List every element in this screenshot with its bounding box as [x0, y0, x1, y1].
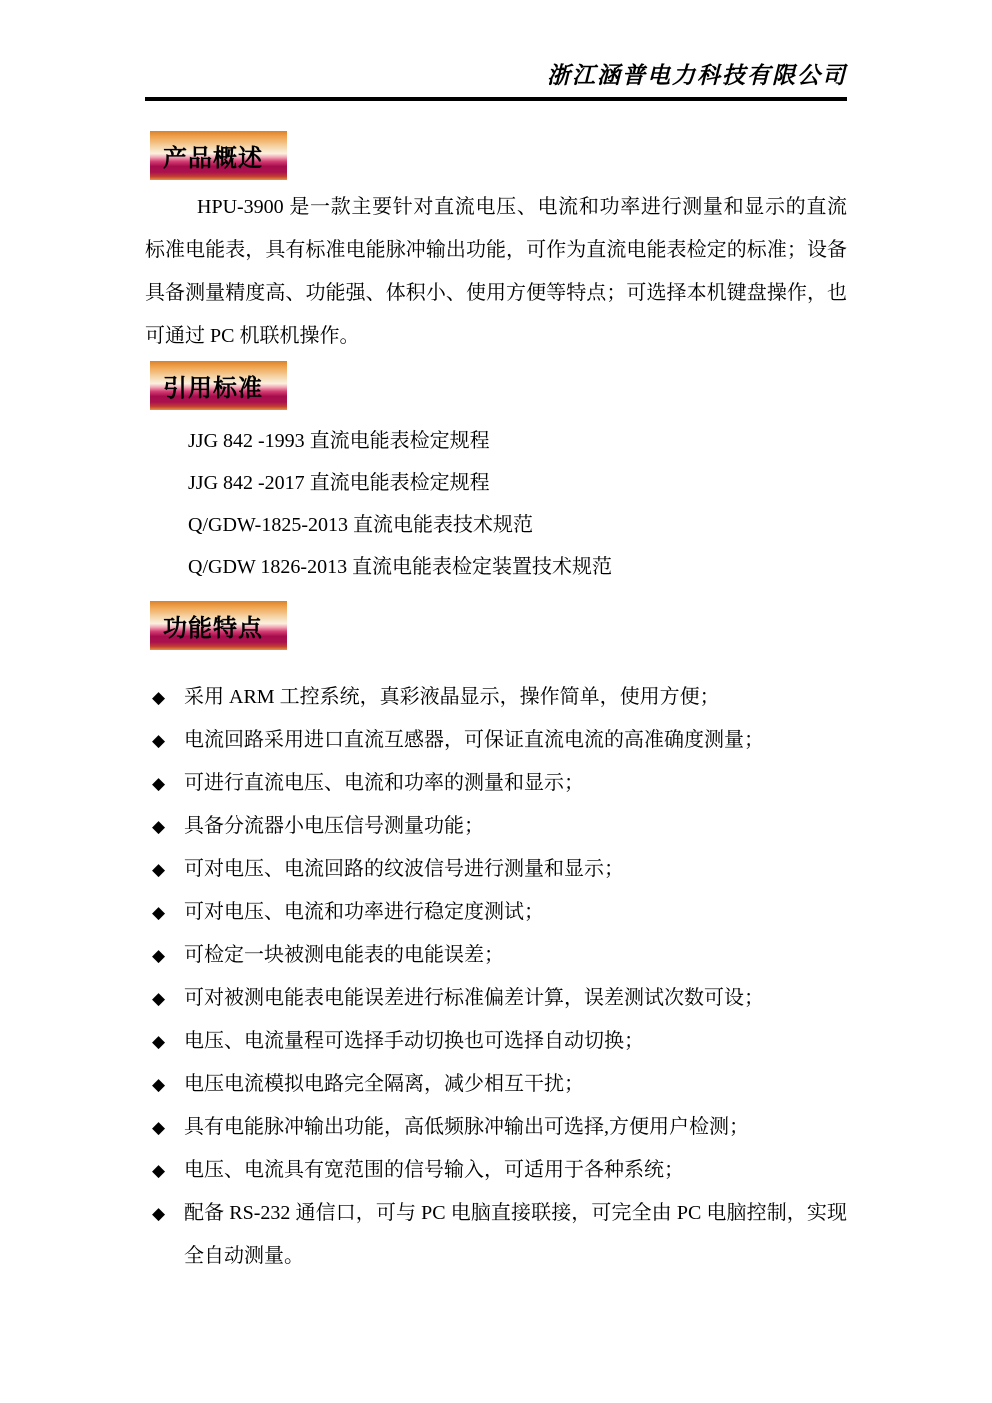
feature-item: ◆ 具有电能脉冲输出功能，高低频脉冲输出可选择,方便用户检测； [145, 1106, 847, 1149]
feature-text: 可对电压、电流和功率进行稳定度测试； [184, 891, 847, 934]
header-rule [145, 97, 847, 101]
standards-list: JJG 842 -1993 直流电能表检定规程 JJG 842 -2017 直流… [145, 420, 847, 588]
feature-text: 电流回路采用进口直流互感器，可保证直流电流的高准确度测量； [184, 719, 847, 762]
feature-item: ◆ 采用 ARM 工控系统，真彩液晶显示，操作简单，使用方便； [145, 676, 847, 719]
overview-paragraph: HPU-3900 是一款主要针对直流电压、电流和功率进行测量和显示的直流标准电能… [145, 186, 847, 358]
feature-item: ◆ 电流回路采用进口直流互感器，可保证直流电流的高准确度测量； [145, 719, 847, 762]
feature-text: 具备分流器小电压信号测量功能； [184, 805, 847, 848]
diamond-bullet-icon: ◆ [152, 977, 184, 1020]
feature-item: ◆ 电压、电流量程可选择手动切换也可选择自动切换； [145, 1020, 847, 1063]
feature-text: 可检定一块被测电能表的电能误差； [184, 934, 847, 977]
standard-item: Q/GDW-1825-2013 直流电能表技术规范 [188, 504, 847, 546]
diamond-bullet-icon: ◆ [152, 848, 184, 891]
feature-item: ◆ 可对电压、电流回路的纹波信号进行测量和显示； [145, 848, 847, 891]
feature-item: ◆ 电压电流模拟电路完全隔离，减少相互干扰； [145, 1063, 847, 1106]
feature-text: 可进行直流电压、电流和功率的测量和显示； [184, 762, 847, 805]
feature-text: 采用 ARM 工控系统，真彩液晶显示，操作简单，使用方便； [184, 676, 847, 719]
feature-item: ◆ 可对被测电能表电能误差进行标准偏差计算，误差测试次数可设； [145, 977, 847, 1020]
page-content: 浙江涵普电力科技有限公司 产品概述 HPU-3900 是一款主要针对直流电压、电… [145, 0, 847, 1278]
company-name: 浙江涵普电力科技有限公司 [145, 0, 847, 90]
section-heading-overview: 产品概述 [150, 131, 287, 180]
diamond-bullet-icon: ◆ [152, 762, 184, 805]
feature-item: ◆ 可检定一块被测电能表的电能误差； [145, 934, 847, 977]
feature-text: 电压电流模拟电路完全隔离，减少相互干扰； [184, 1063, 847, 1106]
feature-item: ◆ 可对电压、电流和功率进行稳定度测试； [145, 891, 847, 934]
features-list: ◆ 采用 ARM 工控系统，真彩液晶显示，操作简单，使用方便； ◆ 电流回路采用… [145, 676, 847, 1278]
feature-item: ◆ 配备 RS-232 通信口，可与 PC 电脑直接联接，可完全由 PC 电脑控… [145, 1192, 847, 1278]
section-heading-standards: 引用标准 [150, 361, 287, 410]
diamond-bullet-icon: ◆ [152, 719, 184, 762]
document-page: 浙江涵普电力科技有限公司 产品概述 HPU-3900 是一款主要针对直流电压、电… [0, 0, 992, 1403]
feature-text: 电压、电流量程可选择手动切换也可选择自动切换； [184, 1020, 847, 1063]
standard-item: JJG 842 -1993 直流电能表检定规程 [188, 420, 847, 462]
feature-item: ◆ 具备分流器小电压信号测量功能； [145, 805, 847, 848]
diamond-bullet-icon: ◆ [152, 1149, 184, 1192]
diamond-bullet-icon: ◆ [152, 1020, 184, 1063]
feature-text: 配备 RS-232 通信口，可与 PC 电脑直接联接，可完全由 PC 电脑控制，… [184, 1192, 847, 1278]
diamond-bullet-icon: ◆ [152, 676, 184, 719]
standard-item: JJG 842 -2017 直流电能表检定规程 [188, 462, 847, 504]
feature-item: ◆ 电压、电流具有宽范围的信号输入，可适用于各种系统； [145, 1149, 847, 1192]
diamond-bullet-icon: ◆ [152, 934, 184, 977]
diamond-bullet-icon: ◆ [152, 1063, 184, 1106]
diamond-bullet-icon: ◆ [152, 1106, 184, 1149]
feature-text: 电压、电流具有宽范围的信号输入，可适用于各种系统； [184, 1149, 847, 1192]
feature-text: 具有电能脉冲输出功能，高低频脉冲输出可选择,方便用户检测； [184, 1106, 847, 1149]
feature-text: 可对电压、电流回路的纹波信号进行测量和显示； [184, 848, 847, 891]
diamond-bullet-icon: ◆ [152, 891, 184, 934]
section-heading-features: 功能特点 [150, 601, 287, 650]
feature-text: 可对被测电能表电能误差进行标准偏差计算，误差测试次数可设； [184, 977, 847, 1020]
feature-item: ◆ 可进行直流电压、电流和功率的测量和显示； [145, 762, 847, 805]
diamond-bullet-icon: ◆ [152, 805, 184, 848]
diamond-bullet-icon: ◆ [152, 1192, 184, 1235]
standard-item: Q/GDW 1826-2013 直流电能表检定装置技术规范 [188, 546, 847, 588]
